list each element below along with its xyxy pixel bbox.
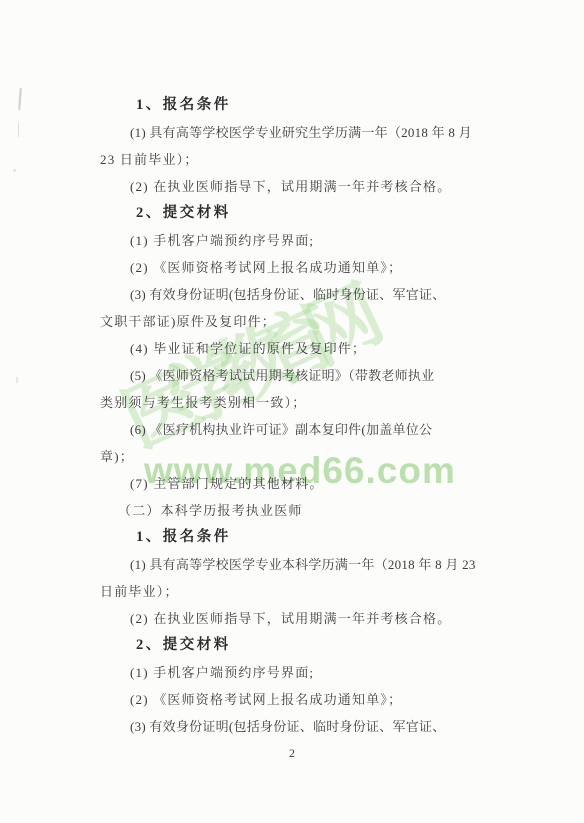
scan-artifact bbox=[13, 169, 16, 172]
heading-line: 1、报名条件 bbox=[100, 92, 490, 119]
doc-line: (7) 主管部门规定的其他材料。 bbox=[100, 470, 490, 497]
doc-line: (2) 在执业医师指导下，试用期满一年并考核合格。 bbox=[100, 173, 490, 200]
document-body: 1、报名条件(1) 具有高等学校医学专业研究生学历满一年（2018 年 8 月2… bbox=[100, 92, 490, 740]
doc-line: 章)； bbox=[100, 443, 490, 470]
doc-line: (1) 手机客户端预约序号界面; bbox=[100, 659, 490, 686]
doc-line: 日前毕业）； bbox=[100, 578, 490, 605]
doc-line: （二）本科学历报考执业医师 bbox=[100, 497, 490, 524]
heading-line: 2、提交材料 bbox=[100, 200, 490, 227]
doc-line: (1) 手机客户端预约序号界面; bbox=[100, 227, 490, 254]
doc-line: (3) 有效身份证明(包括身份证、临时身份证、军官证、 bbox=[100, 281, 490, 308]
doc-line: (1) 具有高等学校医学专业研究生学历满一年（2018 年 8 月 bbox=[100, 119, 490, 146]
doc-line: (6) 《医疗机构执业许可证》副本复印件(加盖单位公 bbox=[100, 416, 490, 443]
heading-line: 2、提交材料 bbox=[100, 632, 490, 659]
doc-line: 文职干部证)原件及复印件； bbox=[100, 308, 490, 335]
doc-line: (2) 在执业医师指导下，试用期满一年并考核合格。 bbox=[100, 605, 490, 632]
doc-line: (2) 《医师资格考试网上报名成功通知单》； bbox=[100, 254, 490, 281]
doc-line: (1) 具有高等学校医学专业本科学历满一年（2018 年 8 月 23 bbox=[100, 551, 490, 578]
scan-artifact bbox=[16, 377, 18, 383]
doc-line: (4) 毕业证和学位证的原件及复印件； bbox=[100, 335, 490, 362]
scan-artifact bbox=[18, 123, 19, 137]
heading-line: 1、报名条件 bbox=[100, 524, 490, 551]
document-page: 医学教育网 www.med66.com 1、报名条件(1) 具有高等学校医学专业… bbox=[0, 0, 584, 823]
doc-line: 类别须与考生报考类别相一致）； bbox=[100, 389, 490, 416]
doc-line: (5) 《医师资格考试试用期考核证明》（带教老师执业 bbox=[100, 362, 490, 389]
doc-line: (3) 有效身份证明(包括身份证、临时身份证、军官证、 bbox=[100, 713, 490, 740]
doc-line: 23 日前毕业）； bbox=[100, 146, 490, 173]
scan-artifact bbox=[18, 88, 22, 110]
page-number: 2 bbox=[0, 746, 584, 761]
doc-line: (2) 《医师资格考试网上报名成功通知单》； bbox=[100, 686, 490, 713]
